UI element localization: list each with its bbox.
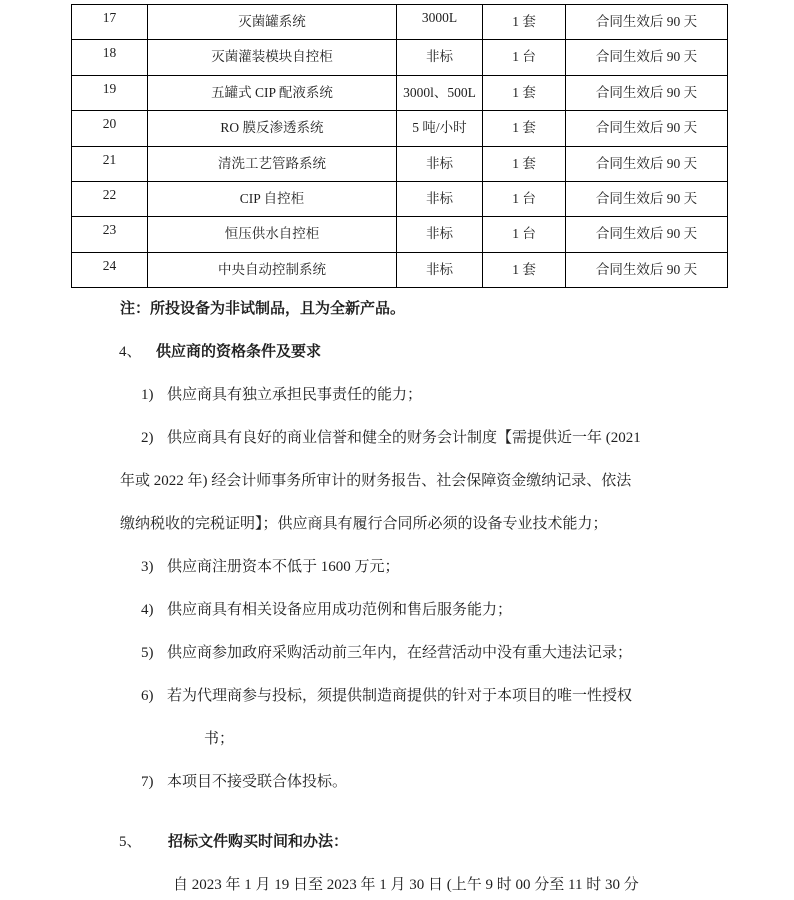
spec-cell: 非标	[397, 146, 483, 181]
line-number-prefix: 6)	[141, 675, 167, 718]
spec-cell: 3000l、500L	[397, 75, 483, 110]
equipment-table: 17 灭菌罐系统 3000L 1 套 合同生效后 90 天 18 灭菌灌装模块自…	[71, 4, 728, 288]
line-number-prefix: 7)	[141, 761, 167, 804]
spec-cell: 非标	[397, 217, 483, 252]
delivery-cell: 合同生效后 90 天	[566, 40, 728, 75]
delivery-cell: 合同生效后 90 天	[566, 5, 728, 40]
line-text: 书；	[204, 731, 234, 747]
text-line: 书；	[0, 718, 794, 761]
table-row: 23 恒压供水自控柜 非标 1 台 合同生效后 90 天	[72, 217, 728, 252]
quantity-cell: 1 套	[483, 146, 566, 181]
text-line: 缴纳税收的完税证明】；供应商具有履行合同所必须的设备专业技术能力；	[0, 503, 794, 546]
text-line: 7)本项目不接受联合体投标。	[0, 761, 794, 804]
quantity-cell: 1 套	[483, 252, 566, 287]
line-text: 供应商具有独立承担民事责任的能力；	[167, 387, 422, 403]
line-text: 供应商具有相关设备应用成功范例和售后服务能力；	[167, 602, 512, 618]
document-page: 17 灭菌罐系统 3000L 1 套 合同生效后 90 天 18 灭菌灌装模块自…	[0, 0, 794, 900]
quantity-cell: 1 套	[483, 5, 566, 40]
line-text: 供应商注册资本不低于 1600 万元；	[167, 559, 400, 575]
equipment-name-cell: CIP 自控柜	[148, 181, 397, 216]
delivery-cell: 合同生效后 90 天	[566, 217, 728, 252]
equipment-name-cell: 恒压供水自控柜	[148, 217, 397, 252]
line-number-prefix: 5、	[119, 821, 168, 864]
table-row: 18 灭菌灌装模块自控柜 非标 1 台 合同生效后 90 天	[72, 40, 728, 75]
document-body: 注：所投设备为非试制品，且为全新产品。 4、供应商的资格条件及要求 1)供应商具…	[0, 288, 794, 900]
delivery-cell: 合同生效后 90 天	[566, 252, 728, 287]
line-text: 若为代理商参与投标，须提供制造商提供的针对于本项目的唯一性授权	[167, 688, 632, 704]
quantity-cell: 1 套	[483, 111, 566, 146]
text-line: 自 2023 年 1 月 19 日至 2023 年 1 月 30 日 (上午 9…	[0, 864, 794, 900]
delivery-cell: 合同生效后 90 天	[566, 181, 728, 216]
equipment-name-cell: 灭菌罐系统	[148, 5, 397, 40]
line-text: 缴纳税收的完税证明】；供应商具有履行合同所必须的设备专业技术能力；	[120, 516, 608, 532]
row-number-cell: 23	[72, 217, 148, 252]
row-number-cell: 24	[72, 252, 148, 287]
table-row: 21 清洗工艺管路系统 非标 1 套 合同生效后 90 天	[72, 146, 728, 181]
line-text: 招标文件购买时间和办法：	[168, 834, 348, 850]
row-number-cell: 18	[72, 40, 148, 75]
line-number-prefix: 4、	[119, 331, 156, 374]
table-row: 20 RO 膜反渗透系统 5 吨/小时 1 套 合同生效后 90 天	[72, 111, 728, 146]
line-text: 年或 2022 年) 经会计师事务所审计的财务报告、社会保障资金缴纳记录、依法	[120, 473, 631, 489]
text-line: 4)供应商具有相关设备应用成功范例和售后服务能力；	[0, 589, 794, 632]
spec-cell: 非标	[397, 181, 483, 216]
spec-cell: 3000L	[397, 5, 483, 40]
quantity-cell: 1 台	[483, 181, 566, 216]
line-text: 供应商参加政府采购活动前三年内，在经营活动中没有重大违法记录；	[167, 645, 632, 661]
text-line: 6)若为代理商参与投标，须提供制造商提供的针对于本项目的唯一性授权	[0, 675, 794, 718]
quantity-cell: 1 台	[483, 40, 566, 75]
text-line: 3)供应商注册资本不低于 1600 万元；	[0, 546, 794, 589]
row-number-cell: 22	[72, 181, 148, 216]
text-line: 年或 2022 年) 经会计师事务所审计的财务报告、社会保障资金缴纳记录、依法	[0, 460, 794, 503]
line-text: 供应商具有良好的商业信誉和健全的财务会计制度【需提供近一年 (2021	[167, 430, 641, 446]
table-row: 24 中央自动控制系统 非标 1 套 合同生效后 90 天	[72, 252, 728, 287]
line-number-prefix: 1)	[141, 374, 167, 417]
equipment-name-cell: 中央自动控制系统	[148, 252, 397, 287]
equipment-table-body: 17 灭菌罐系统 3000L 1 套 合同生效后 90 天 18 灭菌灌装模块自…	[72, 5, 728, 288]
text-line: 4、供应商的资格条件及要求	[0, 331, 794, 374]
line-text: 供应商的资格条件及要求	[156, 344, 321, 360]
line-number-prefix: 2)	[141, 417, 167, 460]
delivery-cell: 合同生效后 90 天	[566, 75, 728, 110]
text-line: 2)供应商具有良好的商业信誉和健全的财务会计制度【需提供近一年 (2021	[0, 417, 794, 460]
delivery-cell: 合同生效后 90 天	[566, 111, 728, 146]
text-line: 5、招标文件购买时间和办法：	[0, 821, 794, 864]
quantity-cell: 1 台	[483, 217, 566, 252]
spec-cell: 非标	[397, 252, 483, 287]
table-row: 17 灭菌罐系统 3000L 1 套 合同生效后 90 天	[72, 5, 728, 40]
row-number-cell: 19	[72, 75, 148, 110]
text-line: 1)供应商具有独立承担民事责任的能力；	[0, 374, 794, 417]
equipment-name-cell: RO 膜反渗透系统	[148, 111, 397, 146]
delivery-cell: 合同生效后 90 天	[566, 146, 728, 181]
line-number-prefix: 5)	[141, 632, 167, 675]
line-text: 注：所投设备为非试制品，且为全新产品。	[120, 301, 405, 317]
text-line: 注：所投设备为非试制品，且为全新产品。	[0, 288, 794, 331]
line-number-prefix: 4)	[141, 589, 167, 632]
line-text: 自 2023 年 1 月 19 日至 2023 年 1 月 30 日 (上午 9…	[173, 877, 639, 893]
quantity-cell: 1 套	[483, 75, 566, 110]
line-text: 本项目不接受联合体投标。	[167, 774, 347, 790]
row-number-cell: 21	[72, 146, 148, 181]
table-row: 19 五罐式 CIP 配液系统 3000l、500L 1 套 合同生效后 90 …	[72, 75, 728, 110]
equipment-name-cell: 五罐式 CIP 配液系统	[148, 75, 397, 110]
text-line: 5)供应商参加政府采购活动前三年内，在经营活动中没有重大违法记录；	[0, 632, 794, 675]
row-number-cell: 17	[72, 5, 148, 40]
row-number-cell: 20	[72, 111, 148, 146]
spec-cell: 5 吨/小时	[397, 111, 483, 146]
table-row: 22 CIP 自控柜 非标 1 台 合同生效后 90 天	[72, 181, 728, 216]
spec-cell: 非标	[397, 40, 483, 75]
equipment-name-cell: 清洗工艺管路系统	[148, 146, 397, 181]
equipment-name-cell: 灭菌灌装模块自控柜	[148, 40, 397, 75]
line-number-prefix: 3)	[141, 546, 167, 589]
